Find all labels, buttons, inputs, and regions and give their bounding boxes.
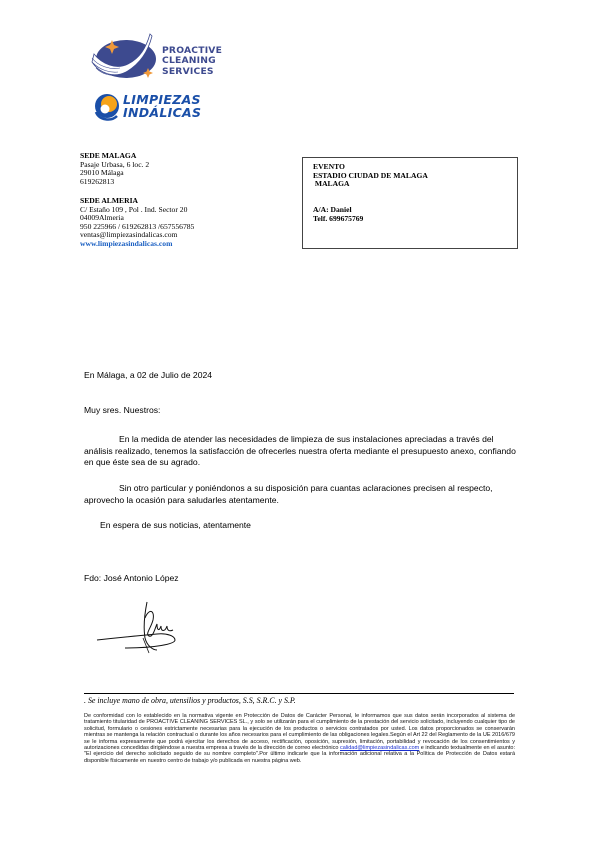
- letter-paragraph: Sin otro particular y poniéndonos a su d…: [84, 483, 524, 506]
- letter-greeting: Muy sres. Nuestros:: [84, 405, 524, 417]
- phone-number: 619262813: [80, 178, 149, 187]
- brand-line: INDÁLICAS: [123, 106, 201, 119]
- sede-almeria-address: SEDE ALMERIA C/ Estaño 109 , Pol . Ind. …: [80, 197, 194, 249]
- legal-notice: De conformidad con lo establecido en la …: [84, 713, 515, 764]
- limpiezas-indalicas-logo: LIMPIEZAS INDÁLICAS: [93, 92, 233, 124]
- recipient-phone: Telf. 699675769: [313, 215, 517, 224]
- letter-closing: En espera de sus noticias, atentamente: [100, 520, 540, 532]
- proactive-cleaning-logo: PROACTIVE CLEANING SERVICES: [88, 28, 238, 84]
- letter-paragraph: En la medida de atender las necesidades …: [84, 434, 524, 469]
- website-link[interactable]: www.limpiezasindalicas.com: [80, 240, 194, 249]
- signature-image: [95, 598, 195, 663]
- footer-note: . Se incluye mano de obra, utensilios y …: [84, 696, 296, 706]
- recipient-box: EVENTO ESTADIO CIUDAD DE MALAGA MALAGA A…: [302, 157, 518, 249]
- sede-malaga-address: SEDE MALAGA Pasaje Urbasa, 6 loc. 2 2901…: [80, 152, 149, 186]
- cleaning-swoosh-icon: [88, 28, 162, 84]
- brand-line: SERVICES: [162, 67, 222, 77]
- legal-email-link[interactable]: calidad@limpiezasindalicas.com: [340, 745, 419, 751]
- indalo-globe-icon: [93, 92, 123, 122]
- limpiezas-brand-name: LIMPIEZAS INDÁLICAS: [123, 93, 201, 119]
- proactive-brand-name: PROACTIVE CLEANING SERVICES: [162, 46, 222, 77]
- letter-date: En Málaga, a 02 de Julio de 2024: [84, 370, 524, 382]
- recipient-line: MALAGA: [313, 180, 517, 189]
- footer-divider: [84, 693, 514, 694]
- signatory-name: Fdo: José Antonio López: [84, 573, 524, 585]
